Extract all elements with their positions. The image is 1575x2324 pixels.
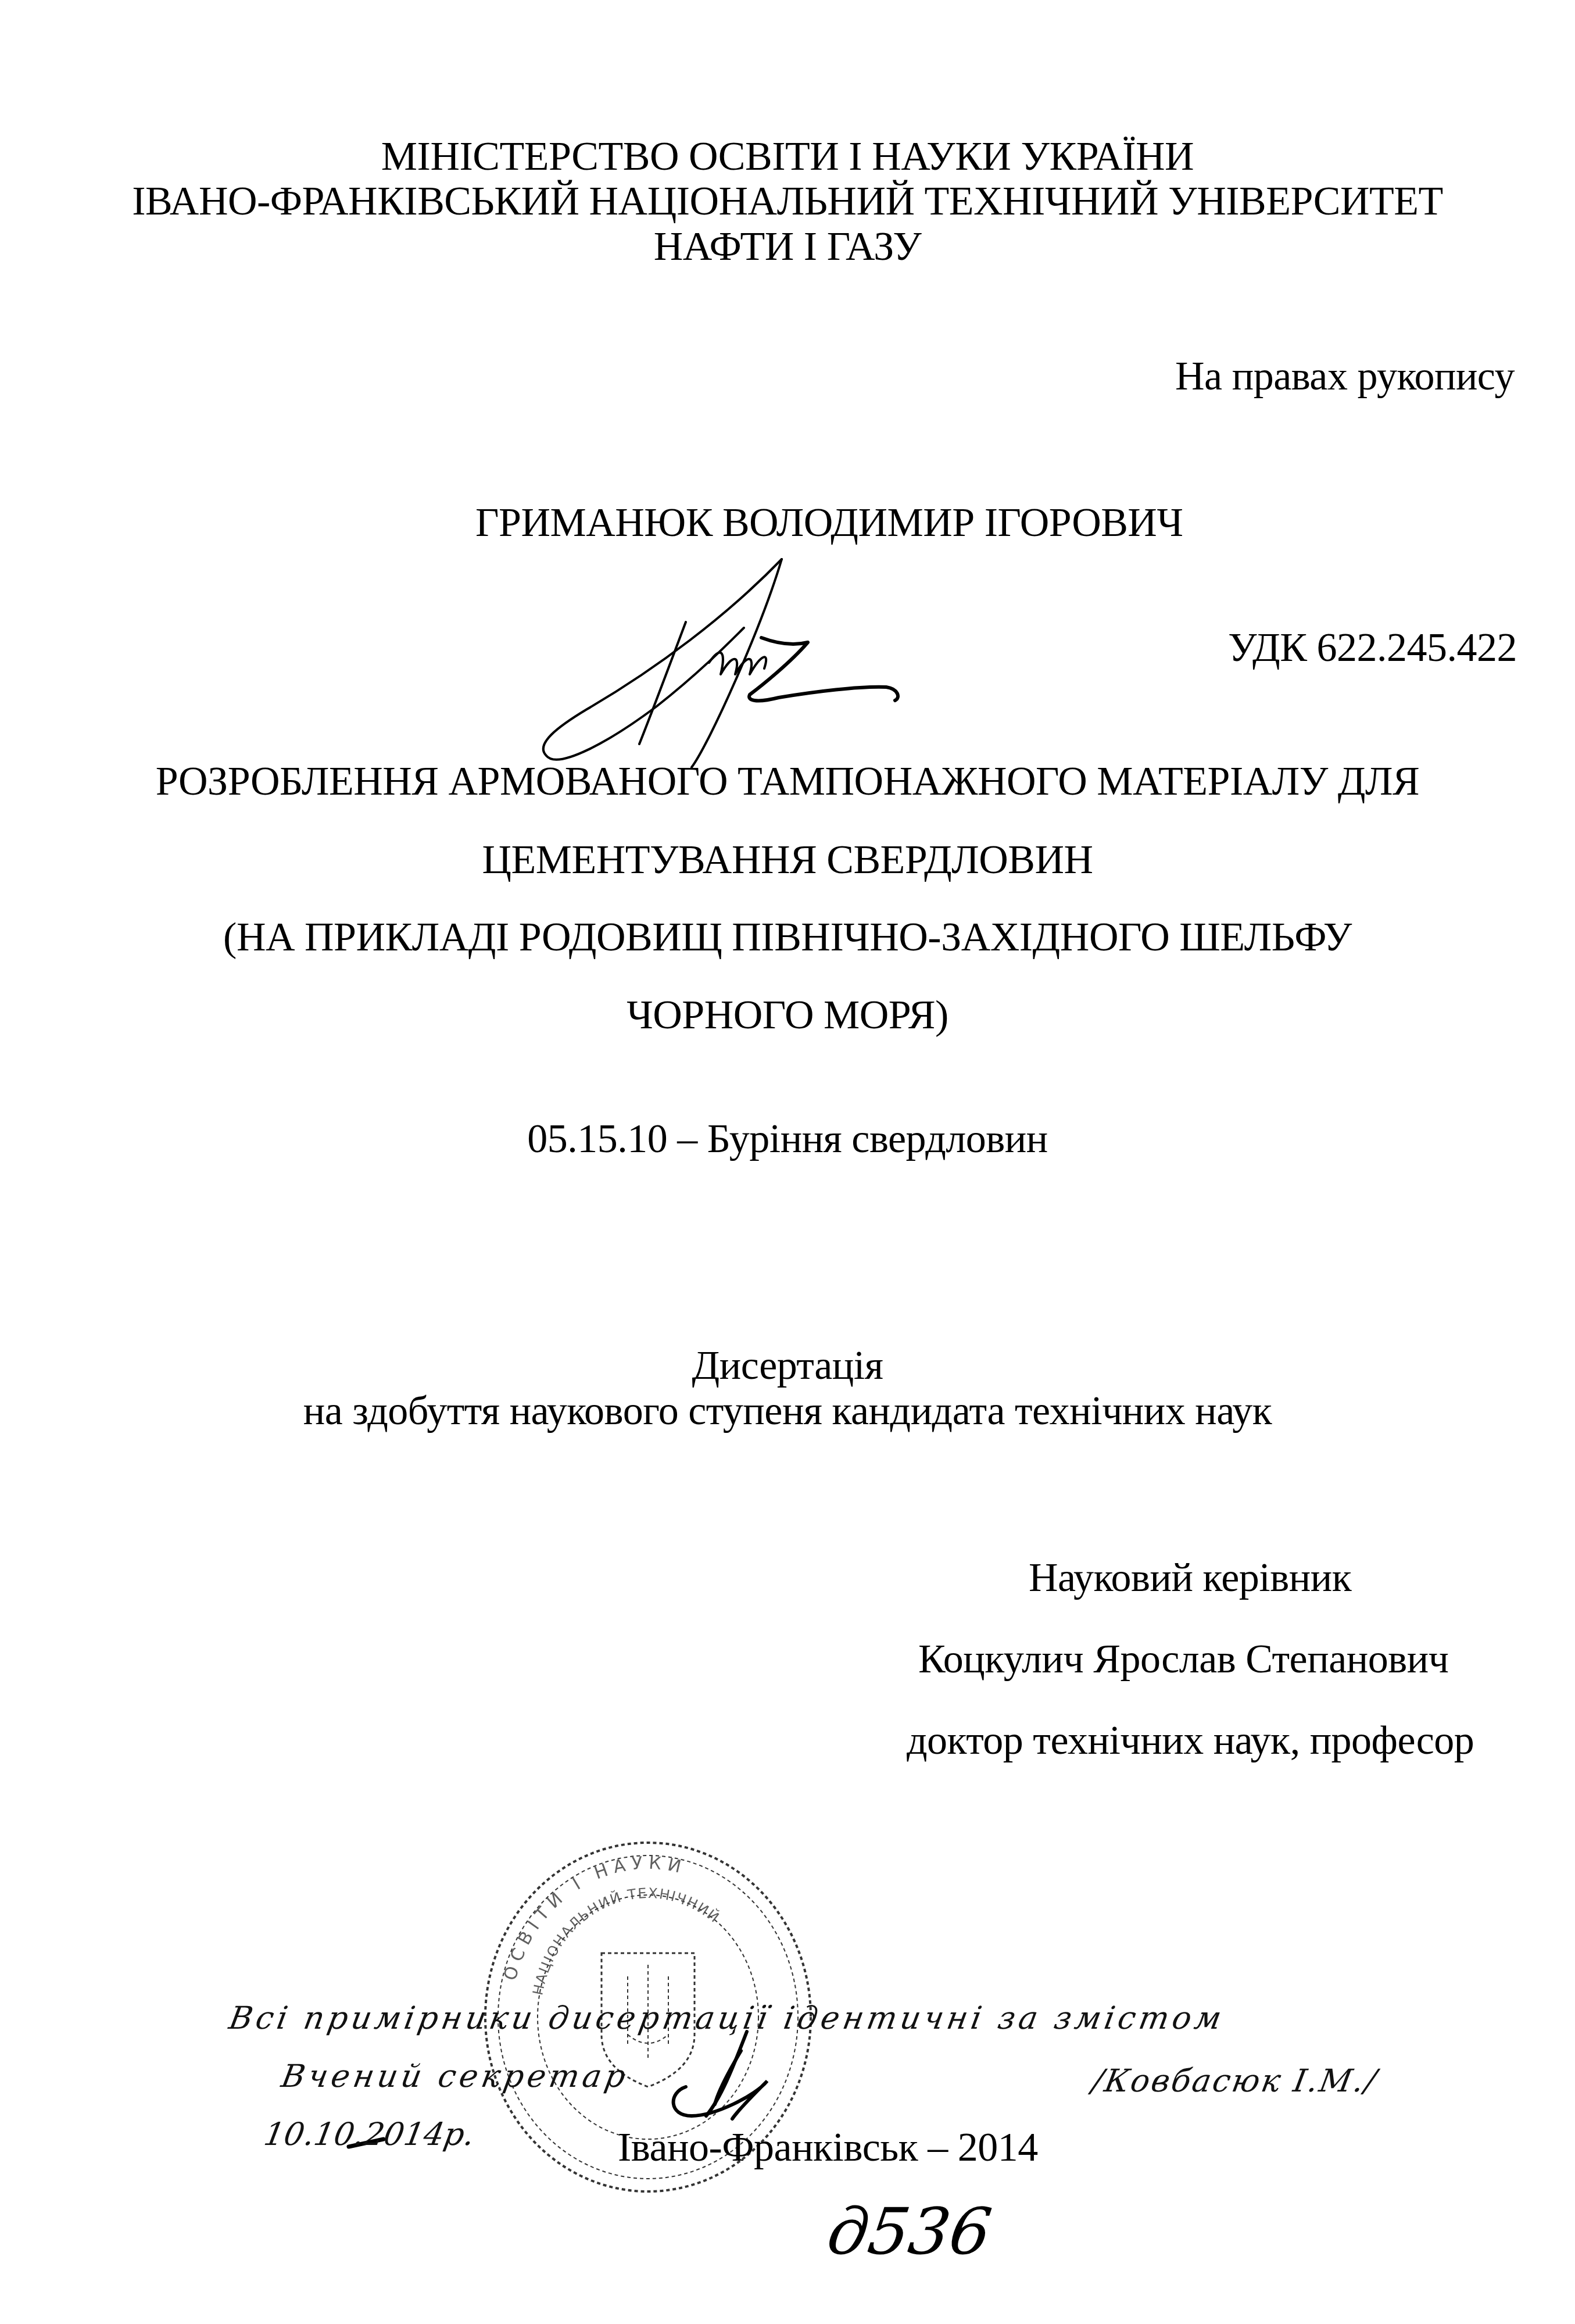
- handwritten-archive-number: д536: [823, 2194, 996, 2269]
- manuscript-rights-note: На правах рукопису: [1175, 356, 1515, 397]
- handwritten-secretary-label: Вчений секретар: [278, 2058, 632, 2094]
- university-heading: ІВАНО-ФРАНКІВСЬКИЙ НАЦІОНАЛЬНИЙ ТЕХНІЧНИ…: [0, 181, 1575, 222]
- document-page: МІНІСТЕРСТВО ОСВІТИ І НАУКИ УКРАЇНИ ІВАН…: [0, 0, 1575, 2324]
- thesis-title-line: РОЗРОБЛЕННЯ АРМОВАНОГО ТАМПОНАЖНОГО МАТЕ…: [0, 761, 1575, 802]
- city-year: Івано-Франківськ – 2014: [618, 2128, 1038, 2168]
- svg-text:ОСВІТИ І НАУКИ: ОСВІТИ І НАУКИ: [500, 1853, 688, 1983]
- degree-description: на здобуття наукового ступеня кандидата …: [0, 1391, 1575, 1432]
- secretary-signature-icon: [674, 2032, 767, 2119]
- thesis-title-line: ЧОРНОГО МОРЯ): [0, 995, 1575, 1036]
- svg-text:НАЦІОНАЛЬНИЙ ТЕХНІЧНИЙ: НАЦІОНАЛЬНИЙ ТЕХНІЧНИЙ: [529, 1885, 723, 1997]
- stamp-text: ОСВІТИ І НАУКИ НАЦІОНАЛЬНИЙ ТЕХНІЧНИЙ: [500, 1853, 785, 2017]
- udk-code: УДК 622.245.422: [1228, 628, 1517, 668]
- handwritten-secretary-name: /Ковбасюк І.М./: [1089, 2062, 1381, 2099]
- ministry-heading: МІНІСТЕРСТВО ОСВІТИ І НАУКИ УКРАЇНИ: [0, 137, 1575, 177]
- signature-icon: [543, 559, 898, 767]
- university-heading-line2: НАФТИ І ГАЗУ: [0, 227, 1575, 267]
- dissertation-type: Дисертація: [0, 1346, 1575, 1386]
- supervisor-name: Коцкулич Ярослав Степанович: [918, 1639, 1448, 1680]
- handwritten-date: 10.10.2014р.: [261, 2116, 477, 2153]
- specialty-code: 05.15.10 – Буріння свердловин: [0, 1119, 1575, 1160]
- supervisor-label: Науковий керівник: [1029, 1558, 1351, 1599]
- thesis-title-line: ЦЕМЕНТУВАННЯ СВЕРДЛОВИН: [0, 840, 1575, 881]
- handwritten-certification-line: Всі примірники дисертації ідентичні за з…: [226, 2000, 1227, 2036]
- thesis-title-line: (НА ПРИКЛАДІ РОДОВИЩ ПІВНІЧНО-ЗАХІДНОГО …: [0, 917, 1575, 958]
- supervisor-title: доктор технічних наук, професор: [907, 1721, 1474, 1761]
- author-name: ГРИМАНЮК ВОЛОДИМИР ІГОРОВИЧ: [475, 503, 1183, 544]
